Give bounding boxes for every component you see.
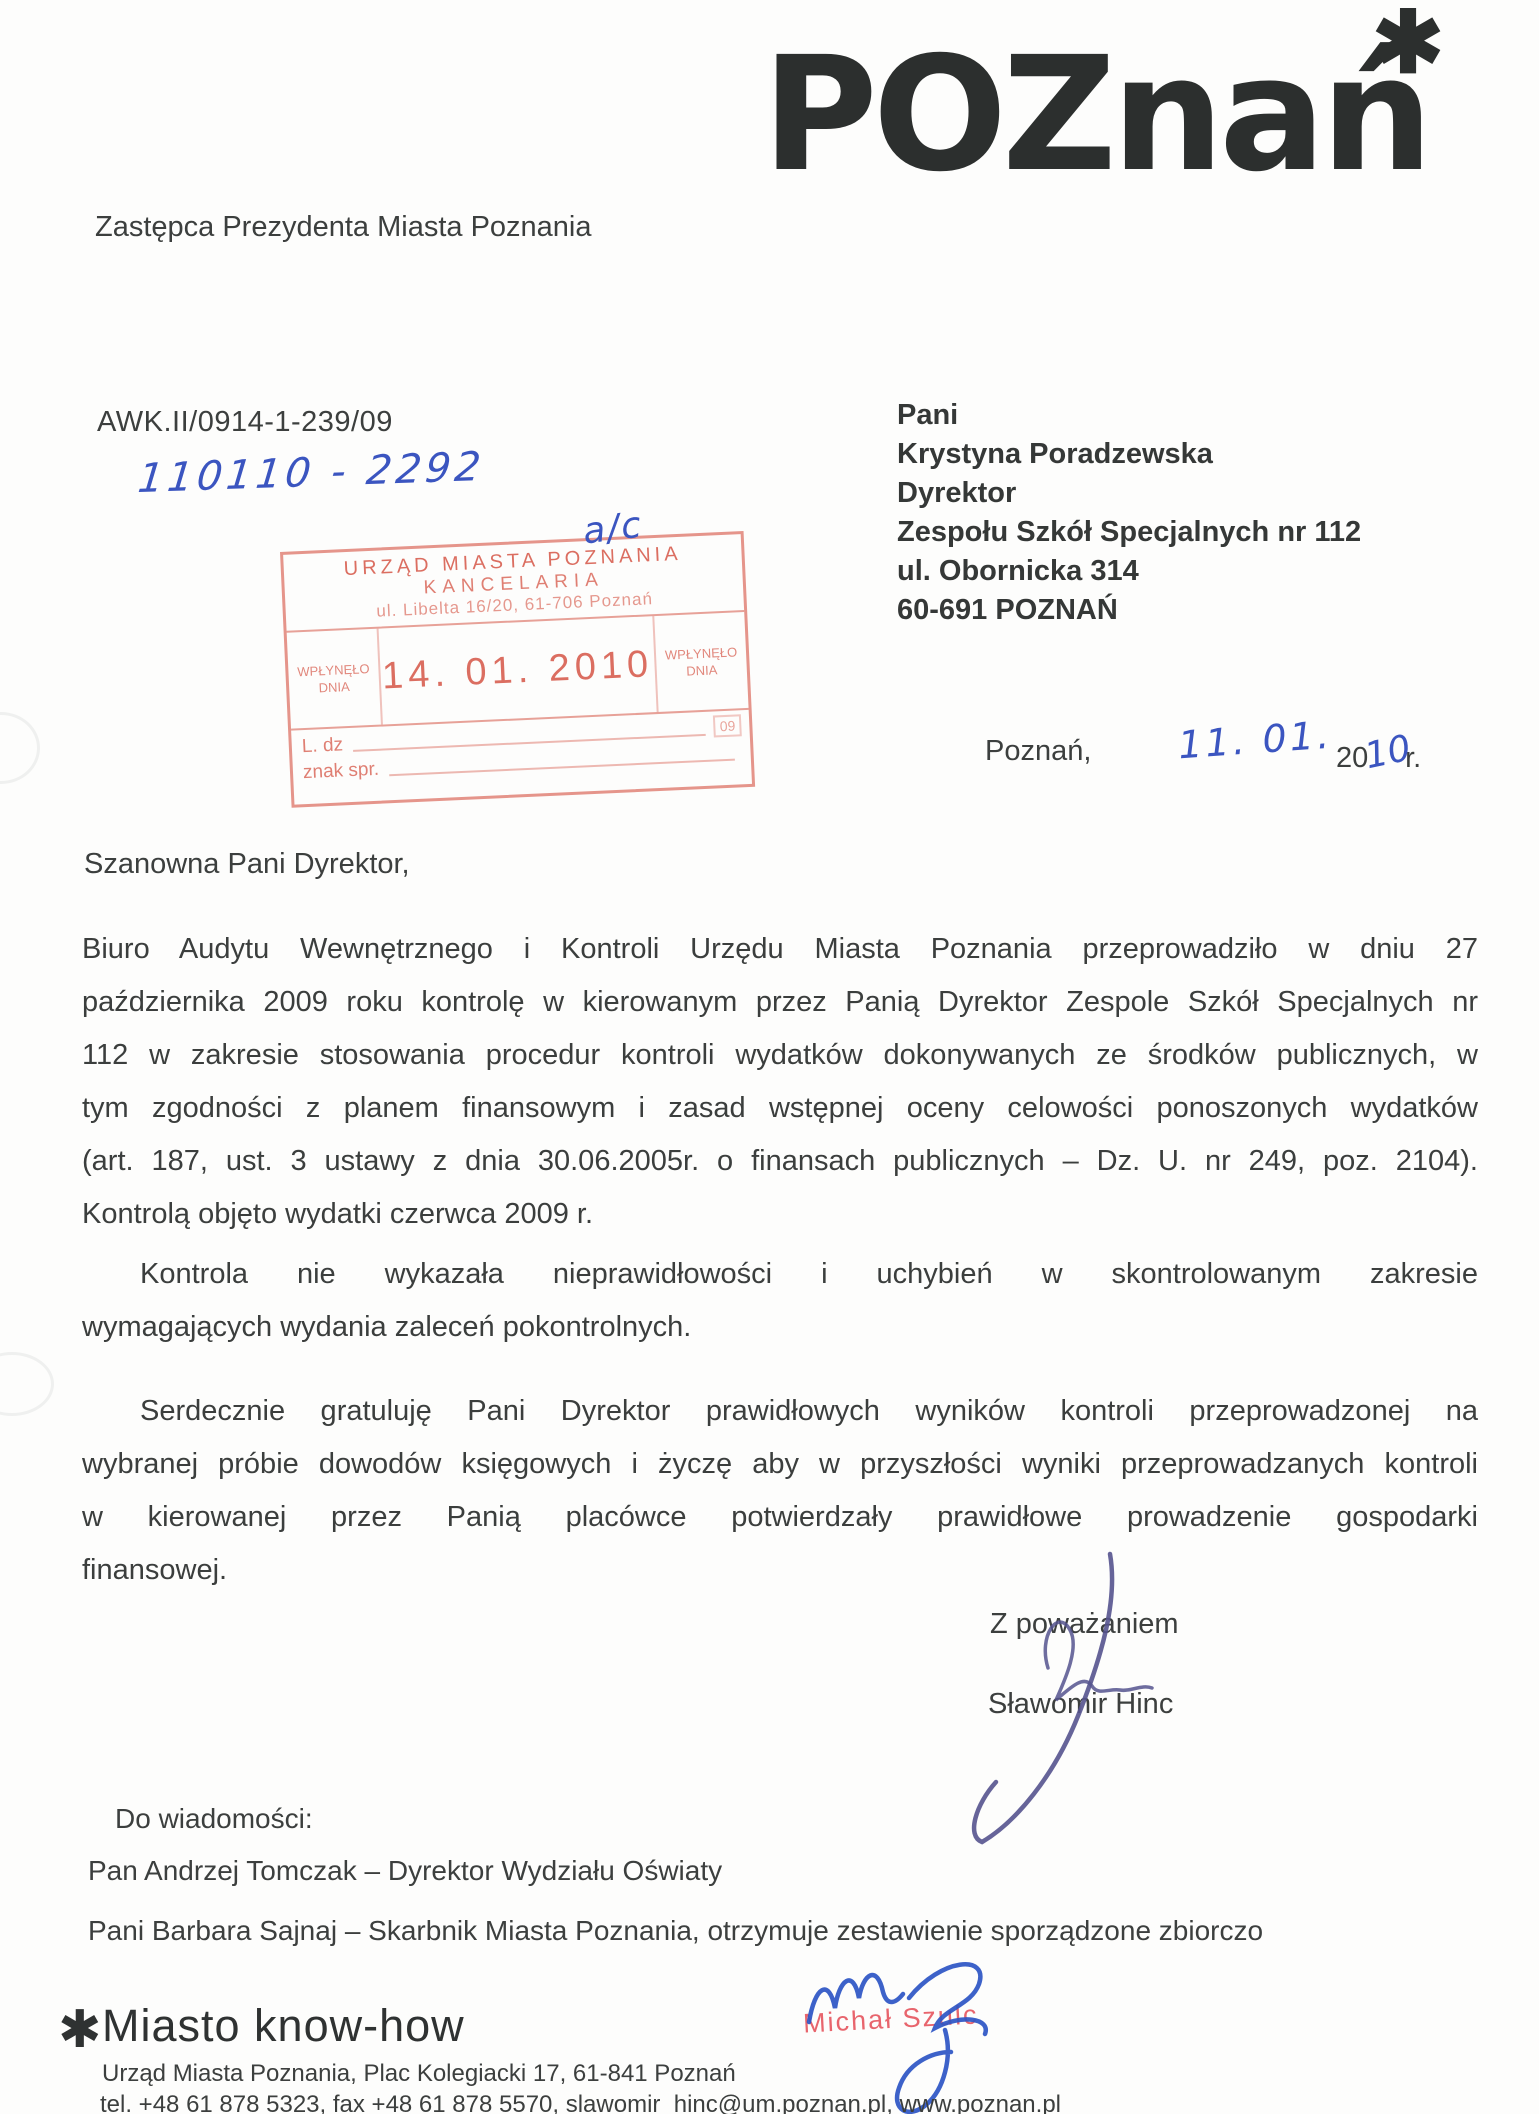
poznan-logo-star-icon: ✱: [1372, 0, 1444, 86]
recipient-address-block: Pani Krystyna Poradzewska Dyrektor Zespo…: [897, 396, 1361, 630]
paragraph-1: Biuro Audytu Wewnętrznego i Kontroli Urz…: [82, 923, 1478, 1241]
reference-number: AWK.II/0914-1-239/09: [97, 406, 393, 439]
recipient-line: 60-691 POZNAŃ: [897, 591, 1361, 630]
body-line: Kontrolą objęto wydatki czerwca 2009 r.: [82, 1188, 1478, 1241]
body-line: wymagających wydania zaleceń pokontrolny…: [82, 1301, 1478, 1354]
cc-item: Pan Andrzej Tomczak – Dyrektor Wydziału …: [88, 1855, 722, 1887]
sender-title: Zastępca Prezydenta Miasta Poznania: [95, 211, 592, 244]
body-line: 112 w zakresie stosowania procedur kontr…: [82, 1029, 1478, 1082]
body-line: Kontrola nie wykazała nieprawidłowości i…: [82, 1248, 1478, 1301]
footer-address: Urząd Miasta Poznania, Plac Kolegiacki 1…: [102, 2060, 736, 2088]
salutation: Szanowna Pani Dyrektor,: [84, 848, 410, 881]
stamp-znak-line: [389, 759, 735, 777]
handwritten-reference-number: 110110 - 2292: [136, 444, 487, 502]
cc-item: Pani Barbara Sajnaj – Skarbnik Miasta Po…: [88, 1915, 1263, 1947]
stamp-ldz-box: 09: [713, 714, 742, 737]
stamp-received-label-right: WPŁYNĘŁO DNIA: [652, 612, 748, 712]
recipient-line: Pani: [897, 396, 1361, 435]
registry-stamp: URZĄD MIASTA POZNANIA KANCELARIA ul. Lib…: [280, 531, 755, 808]
recipient-line: Zespołu Szkół Specjalnych nr 112: [897, 513, 1361, 552]
dateline-city: Poznań,: [985, 735, 1091, 768]
stamp-received-label-left: WPŁYNĘŁO DNIA: [287, 629, 383, 729]
handwritten-signature: [952, 1548, 1182, 1848]
stamp-ldz-label: L. dz: [301, 734, 343, 758]
footer-star-icon: ✱: [58, 2004, 102, 2056]
stamp-znak-label: znak spr.: [303, 759, 380, 784]
stamp-received-date: 14. 01. 2010: [379, 616, 657, 724]
body-line: w kierowanej przez Panią placówce potwie…: [82, 1491, 1478, 1544]
handwritten-initials: [793, 1946, 1003, 2114]
recipient-line: ul. Obornicka 314: [897, 552, 1361, 591]
body-line: października 2009 roku kontrolę w kierow…: [82, 976, 1478, 1029]
scan-artifact: [0, 1352, 54, 1416]
body-line: tym zgodności z planem finansowym i zasa…: [82, 1082, 1478, 1135]
paragraph-3: Serdecznie gratuluję Pani Dyrektor prawi…: [82, 1385, 1478, 1597]
dateline-year: 2010r.: [1336, 735, 1421, 776]
cc-label: Do wiadomości:: [115, 1803, 313, 1835]
footer-slogan: Miasto know-how: [102, 2000, 465, 2052]
paragraph-2: Kontrola nie wykazała nieprawidłowości i…: [82, 1248, 1478, 1354]
body-line: Biuro Audytu Wewnętrznego i Kontroli Urz…: [82, 923, 1478, 976]
body-line: Serdecznie gratuluję Pani Dyrektor prawi…: [82, 1385, 1478, 1438]
body-line: (art. 187, ust. 3 ustawy z dnia 30.06.20…: [82, 1135, 1478, 1188]
handwritten-ac-note: a/c: [581, 504, 646, 552]
footer-contact: tel. +48 61 878 5323, fax +48 61 878 557…: [100, 2091, 1061, 2114]
poznan-logo: POZnań: [762, 36, 1428, 194]
scan-artifact: [0, 712, 40, 784]
letter-page: POZnań ✱ Zastępca Prezydenta Miasta Pozn…: [0, 0, 1539, 2114]
body-line: wybranej próbie dowodów księgowych i życ…: [82, 1438, 1478, 1491]
body-line: finansowej.: [82, 1544, 1478, 1597]
handwritten-date: 11. 01.: [1177, 713, 1334, 768]
recipient-line: Krystyna Poradzewska: [897, 435, 1361, 474]
recipient-line: Dyrektor: [897, 474, 1361, 513]
